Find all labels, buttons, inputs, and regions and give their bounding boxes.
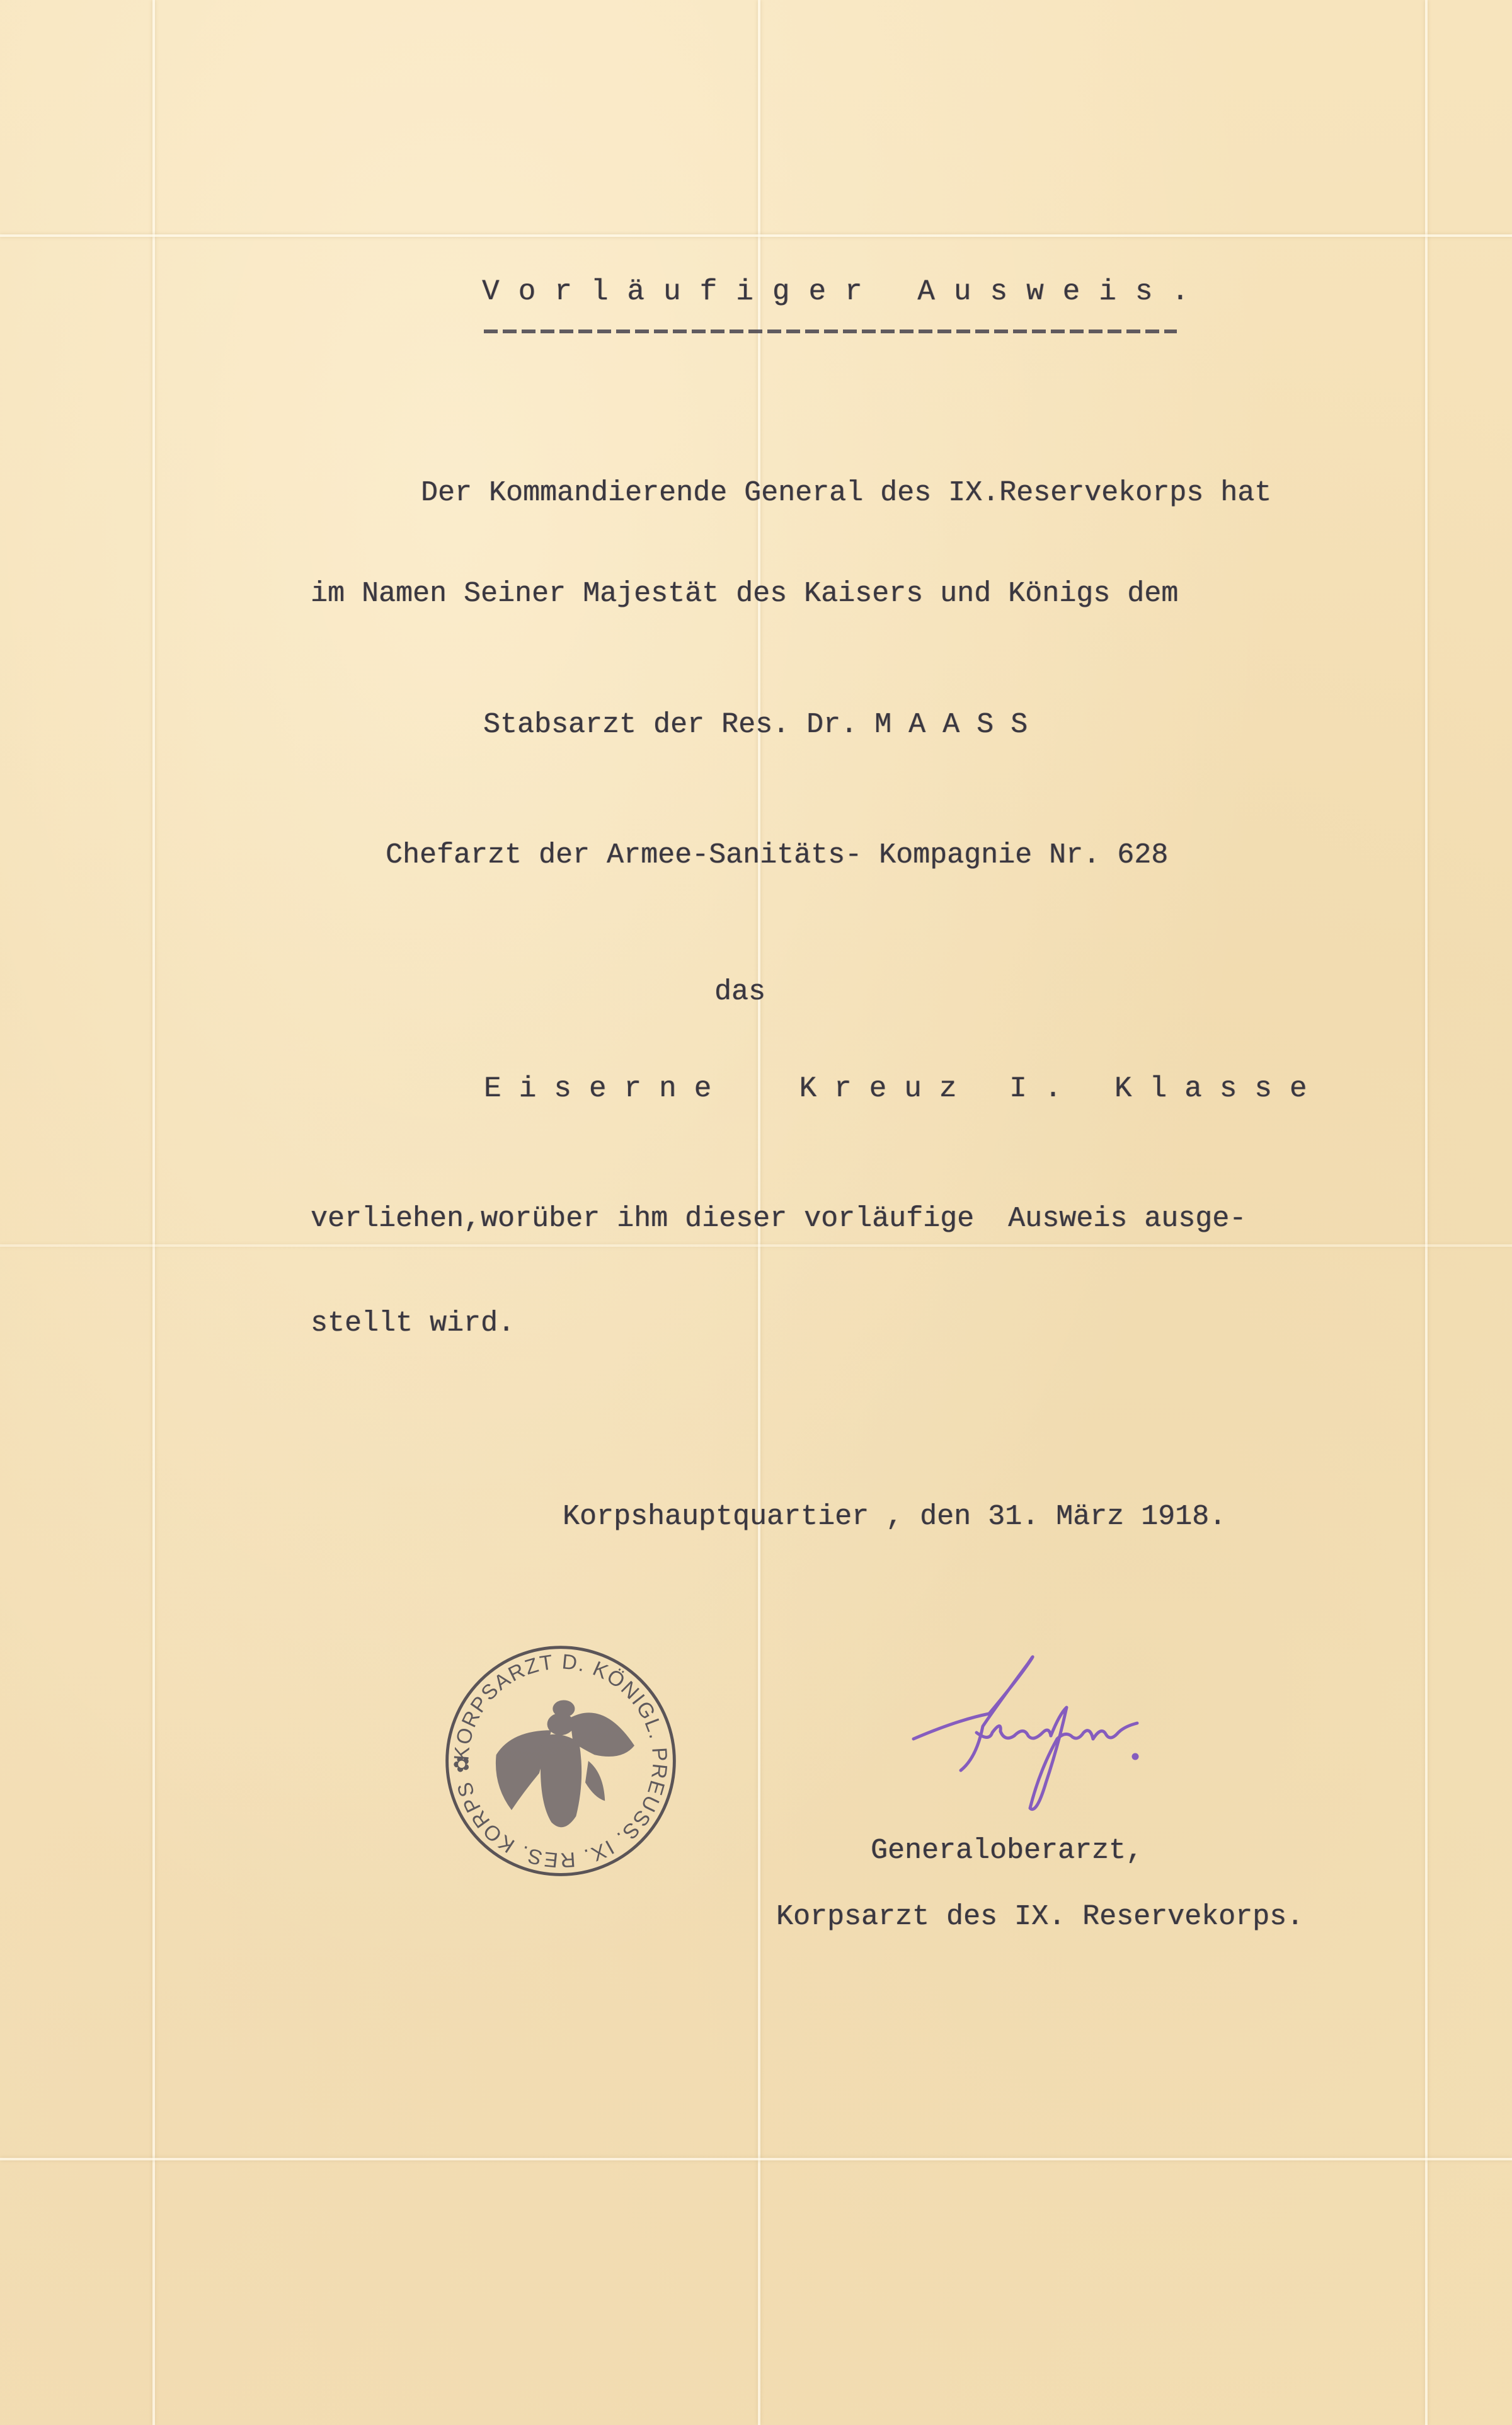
recipient-position-line: Chefarzt der Armee-Sanitäts- Kompagnie N… (386, 841, 1168, 869)
official-stamp: KORPSARZT D. KÖNIGL. PREUSS. IX. RES. KO… (438, 1638, 684, 1884)
fold-line-horizontal-top (0, 234, 1512, 237)
fold-line-horizontal-middle (0, 1244, 1512, 1247)
fold-line-vertical-right (1425, 0, 1428, 2425)
award-line: Eiserne Kreuz I. Klasse (484, 1074, 1325, 1103)
body-line-7: verliehen,worüber ihm dieser vorläufige … (311, 1205, 1246, 1233)
handwritten-signature (888, 1632, 1191, 1821)
fold-line-vertical-left (152, 0, 155, 2425)
signatory-title: Korpsarzt des IX. Reservekorps. (776, 1903, 1303, 1931)
prussian-eagle-icon: KORPSARZT D. KÖNIGL. PREUSS. IX. RES. KO… (438, 1638, 684, 1884)
body-line-1: Der Kommandierende General des IX.Reserv… (421, 479, 1271, 507)
place-date-line: Korpshauptquartier , den 31. März 1918. (563, 1503, 1226, 1531)
document-title: Vorläufiger Ausweis. (482, 277, 1208, 306)
body-line-8: stellt wird. (311, 1309, 515, 1338)
signature-icon (888, 1632, 1191, 1821)
fold-line-horizontal-bottom (0, 2158, 1512, 2160)
body-line-2: im Namen Seiner Majestät des Kaisers und… (311, 580, 1178, 608)
title-underline (484, 330, 1177, 333)
recipient-line: Stabsarzt der Res. Dr. M A A S S (483, 711, 1028, 739)
signatory-rank: Generaloberarzt, (871, 1837, 1143, 1865)
article-line: das (714, 978, 765, 1006)
